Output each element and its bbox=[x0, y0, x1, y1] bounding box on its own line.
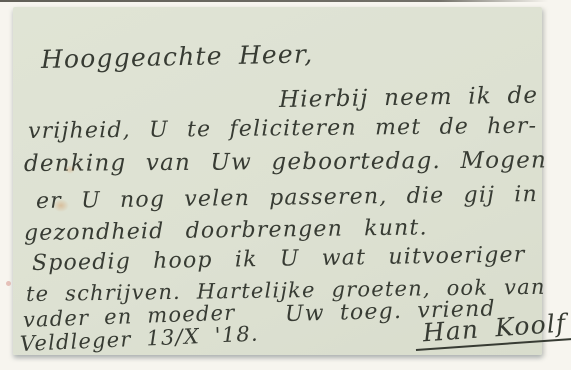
body-line-1: Hierbij neem ik de bbox=[279, 84, 539, 112]
body-line-6: Spoedig hoop ik U wat uitvoeriger bbox=[32, 244, 526, 275]
body-line-2: vrijheid, U te feliciteren met de her- bbox=[28, 116, 537, 143]
postcard-scan: Hooggeachte Heer, Hierbij neem ik de vri… bbox=[0, 0, 571, 370]
margin-stain bbox=[6, 281, 11, 286]
photo-top-edge bbox=[0, 0, 548, 2]
body-line-4: er U nog velen passeren, die gij in bbox=[36, 184, 538, 213]
postcard: Hooggeachte Heer, Hierbij neem ik de vri… bbox=[13, 7, 542, 355]
salutation-line: Hooggeachte Heer, bbox=[41, 41, 314, 72]
body-line-3: denking van Uw geboortedag. Mogen bbox=[24, 149, 547, 176]
body-line-5: gezondheid doorbrengen kunt. bbox=[24, 217, 428, 245]
